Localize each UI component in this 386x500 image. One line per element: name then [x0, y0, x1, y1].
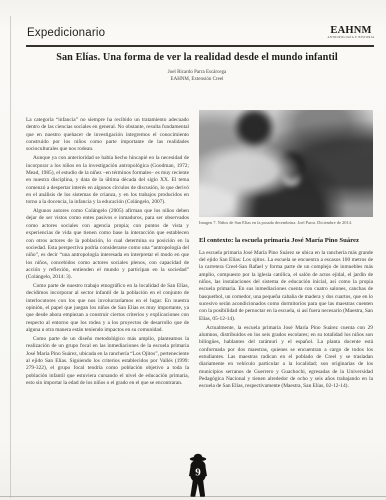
- header-divider-rule: [26, 45, 374, 47]
- photo-caption: Imagen 7. Niños de San Elías en la posad…: [199, 220, 373, 227]
- paragraph: La escuela primaria José María Pino Suár…: [199, 250, 373, 323]
- author-affiliation: EAHNM, Extensión Creel: [23, 77, 371, 84]
- section-heading: El contexto: la escuela primaria José Ma…: [199, 236, 373, 245]
- author-name: Joel Ricardo Parra Escárcega: [23, 70, 371, 77]
- paragraph: La categoría “infancia” no siempre ha re…: [26, 117, 189, 154]
- eahnm-logo-text: EAHNM: [327, 26, 375, 36]
- page-number-silhouette-icon: 9: [181, 452, 215, 498]
- journal-name: Expedicionario: [27, 27, 105, 39]
- eahnm-logo-subtext: ANTROPOLOGÍA E HISTORIA: [327, 36, 375, 40]
- paragraph: Aunque ya con anterioridad se había hech…: [26, 155, 189, 206]
- page-number: 9: [195, 467, 201, 479]
- article-title: San Elías. Una forma de ver la realidad …: [23, 52, 371, 63]
- scanned-journal-page: Expedicionario EAHNM ANTROPOLOGÍA E HIST…: [0, 0, 386, 500]
- right-column: Imagen 7. Niños de San Elías en la posad…: [199, 110, 373, 392]
- eahnm-logo: EAHNM ANTROPOLOGÍA E HISTORIA: [327, 26, 375, 40]
- paragraph: Como parte de nuestro trabajo etnográfic…: [26, 283, 189, 334]
- two-column-body: La categoría “infancia” no siempre ha re…: [26, 110, 373, 392]
- left-column: La categoría “infancia” no siempre ha re…: [26, 110, 189, 392]
- scan-edge-line-left: [10, 16, 11, 498]
- article-photo-children: [199, 110, 373, 217]
- byline: Joel Ricardo Parra Escárcega EAHNM, Exte…: [23, 70, 371, 84]
- paragraph: Como parte de un diseño metodológico más…: [26, 336, 189, 387]
- photo-image-content: [199, 110, 373, 217]
- paragraph: Actualmente, la escuela primaria José Ma…: [199, 325, 373, 391]
- paragraph: Algunos autores como Colángelo (2005) af…: [26, 208, 189, 281]
